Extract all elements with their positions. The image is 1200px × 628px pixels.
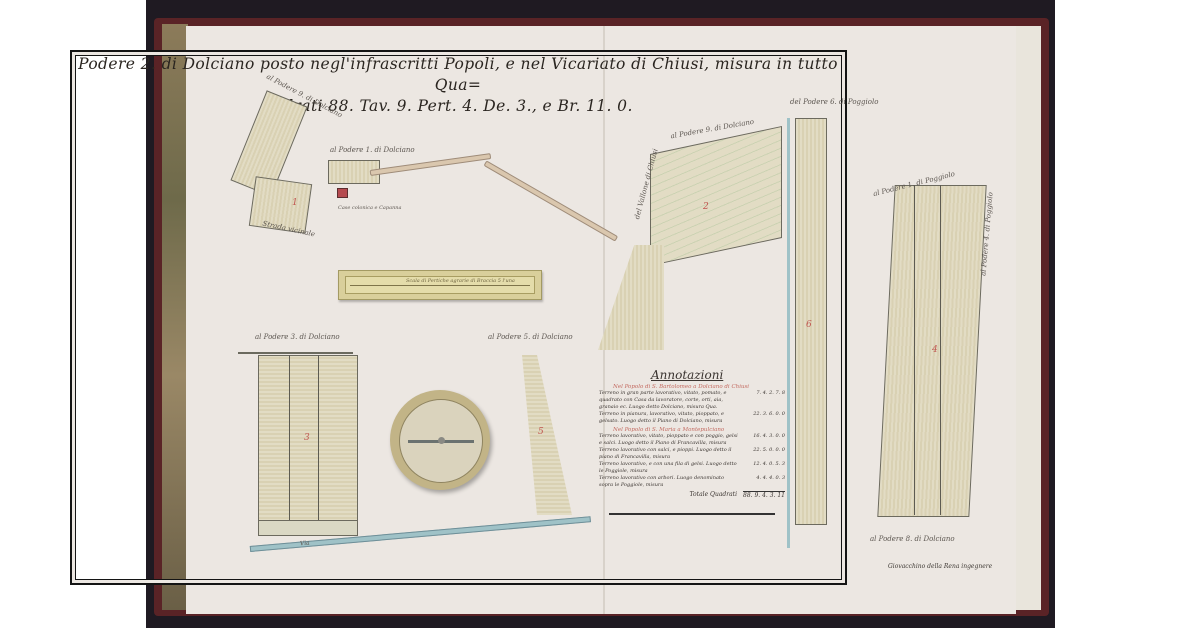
annotation-row: Terreno in gran parte lavorativo, vitato…: [599, 390, 785, 411]
compass-pivot: [438, 437, 445, 444]
annotations-underline: [609, 513, 775, 515]
annotation-row: Terreno lavorativo con arbori. Luogo den…: [599, 475, 785, 489]
parcel-3-divider-2: [318, 355, 319, 520]
surveyor-signature: Giovacchino della Rena ingegnere: [888, 563, 992, 570]
parcel-4-divider-2: [940, 185, 941, 515]
title-line-2: drati 88. Tav. 9. Pert. 4. De. 3., e Br.…: [78, 96, 838, 117]
ditch-vertical: [787, 118, 790, 548]
annotations-heading: Annotazioni: [651, 368, 785, 382]
annotation-row: Terreno lavorativo, vitato, pioppato e c…: [599, 433, 785, 447]
scale-bar: Scala di Pertiche agrarie di Braccia 5 l…: [338, 270, 542, 300]
annotations-table: Annotazioni Nel Popolo di S. Bartolomeo …: [599, 368, 785, 548]
scale-bar-frame: Scala di Pertiche agrarie di Braccia 5 l…: [345, 276, 535, 294]
annotation-row: Terreno lavorativo, e con una fila di ge…: [599, 461, 785, 475]
parcel-number-1: 1: [292, 198, 298, 208]
annotations-total: Totale Quadrati88. 9. 4. 3. 11: [599, 491, 785, 499]
farmhouse-icon: [337, 188, 348, 198]
boundary-label-podere-8: al Podere 8. di Dolciano: [870, 535, 955, 543]
boundary-label-podere-1-dolciano: al Podere 1. di Dolciano: [330, 146, 415, 154]
annotation-row: Terreno lavorativo con salci, e pioppi. …: [599, 447, 785, 461]
annotation-row: Terreno in pianura, lavorativo, vitato, …: [599, 411, 785, 425]
scale-bar-ticks: [350, 285, 530, 289]
map-title: Podere 2. di Dolciano posto negl'infrasc…: [78, 54, 838, 117]
hedge-line: [238, 352, 353, 354]
parcel-4-divider-1: [914, 185, 915, 515]
road-label-via: Via: [300, 540, 310, 548]
boundary-label-house: Case colonica e Capanna: [338, 205, 402, 211]
parcel-3-meadow: [258, 520, 358, 536]
parcel-number-2: 2: [703, 202, 709, 212]
boundary-label-podere-3: al Podere 3. di Dolciano: [255, 333, 340, 341]
parcel-3-divider-1: [289, 355, 290, 520]
compass-face: [399, 399, 483, 483]
title-line-1: Podere 2. di Dolciano posto negl'infrasc…: [78, 54, 838, 96]
scale-bar-caption: Scala di Pertiche agrarie di Braccia 5 l…: [406, 278, 515, 284]
parcel-number-5: 5: [538, 427, 544, 437]
boundary-label-podere-6-poggiolo: del Podere 6. di Poggiolo: [790, 98, 878, 106]
page-stack-edge: [1014, 26, 1041, 610]
parcel-number-6: 6: [806, 320, 812, 330]
boundary-label-podere-5: al Podere 5. di Dolciano: [488, 333, 573, 341]
parcel-number-4: 4: [932, 345, 938, 355]
parcel-number-3: 3: [304, 433, 310, 443]
compass-rose-icon: [390, 390, 490, 490]
